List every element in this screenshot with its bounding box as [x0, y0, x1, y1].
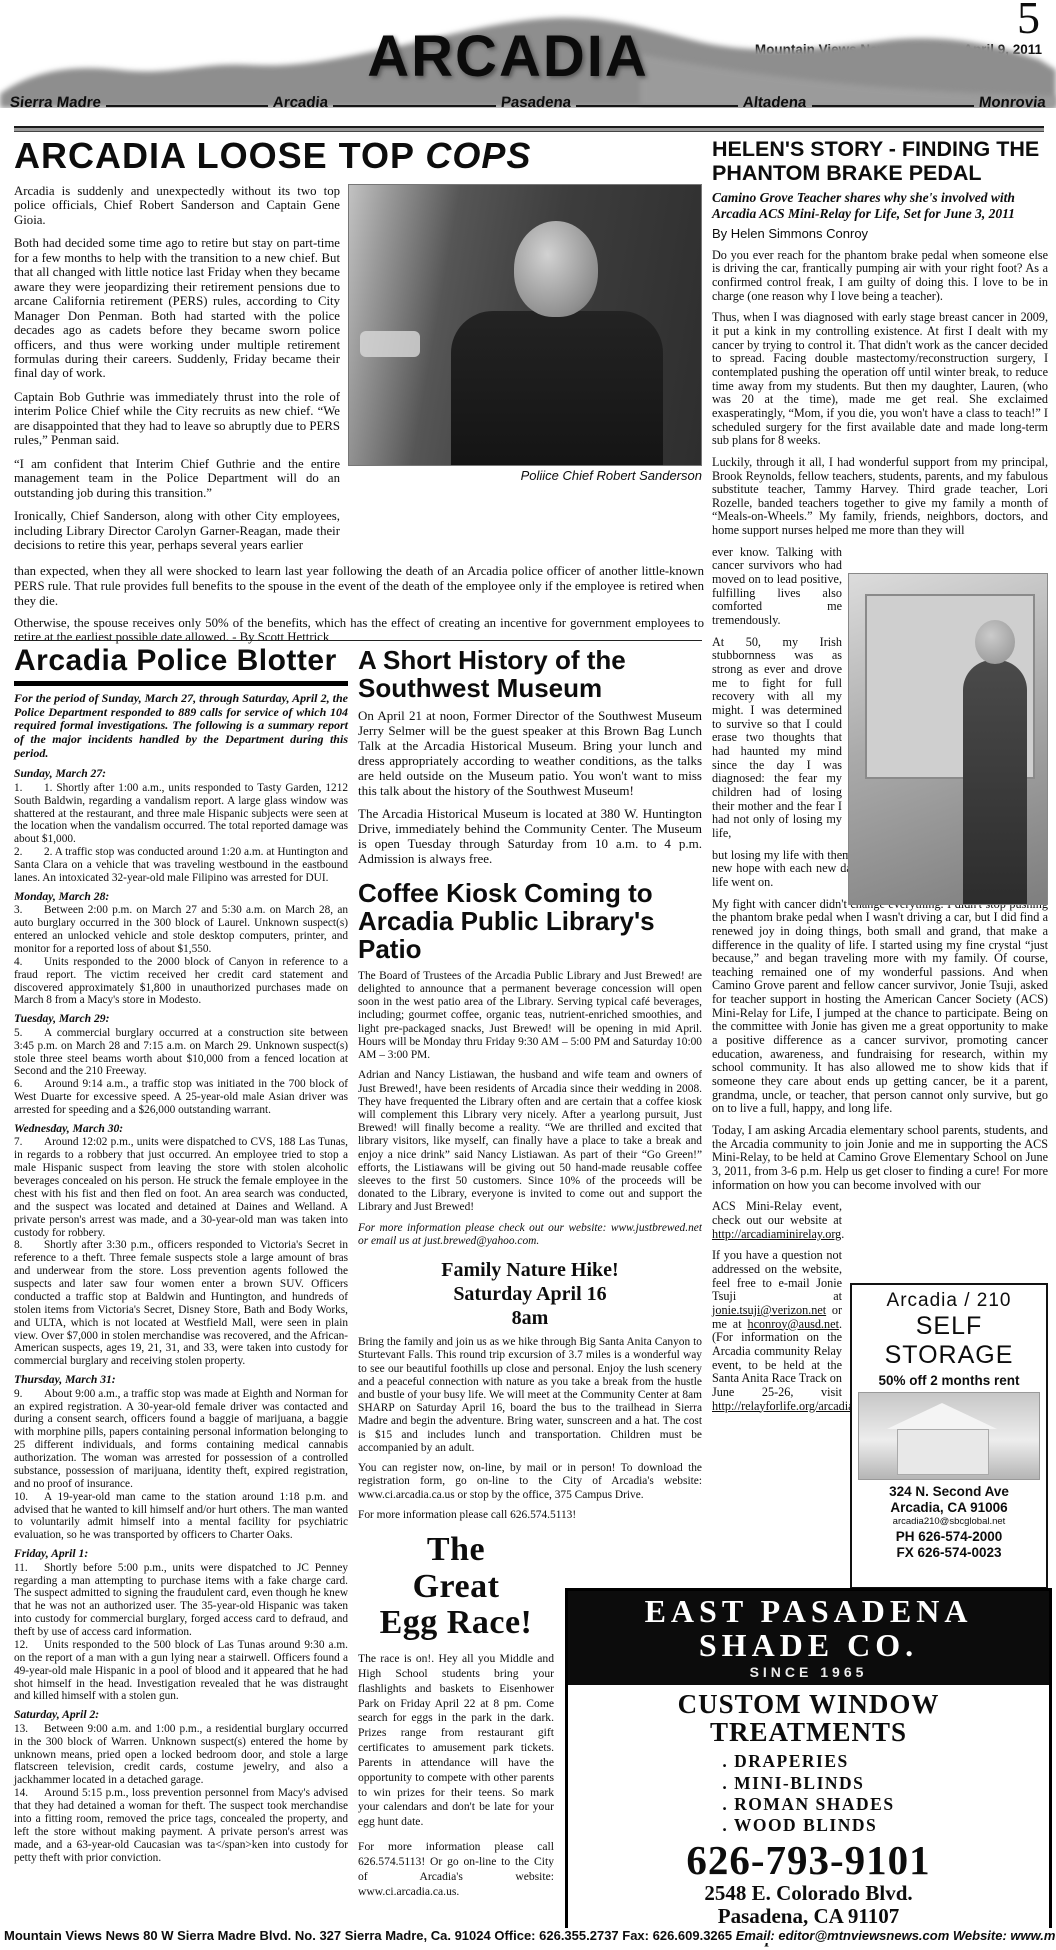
question-text: If you have a question not addressed on …	[712, 1248, 842, 1303]
paragraph: You can register now, on-line, by mail o…	[358, 1462, 702, 1502]
item-text: Units responded to the 2000 block of Can…	[14, 956, 348, 1007]
paragraph: Captain Bob Guthrie was immediately thru…	[14, 390, 340, 448]
paragraph: Arcadia is suddenly and unexpectedly wit…	[14, 184, 340, 227]
city-monrovia: Monrovia	[978, 94, 1046, 111]
divider-line	[576, 105, 739, 107]
item-text: Between 2:00 p.m. on March 27 and 5:30 a…	[14, 904, 348, 955]
patrol-car-shape	[360, 331, 420, 357]
storage-ad-offer: 50% off 2 months rent	[858, 1373, 1040, 1388]
blotter-item: 12.Units responded to the 500 block of L…	[14, 1639, 348, 1703]
coffee-kiosk-headline: Coffee Kiosk Coming to Arcadia Public Li…	[358, 879, 702, 963]
item-number: 4.	[14, 956, 44, 969]
shade-ad-address2: Pasadena, CA 91107	[572, 1905, 1045, 1928]
figure-torso-shape	[963, 660, 1027, 904]
item-text: About 9:00 a.m., a traffic stop was made…	[14, 1388, 348, 1490]
item-text: Between 9:00 a.m. and 1:00 p.m., a resid…	[14, 1723, 348, 1787]
storage-ad-title-line2: SELF STORAGE	[858, 1312, 1040, 1370]
blotter-day-header: Friday, April 1:	[14, 1547, 348, 1561]
coffee-info-note: For more information please check out ou…	[358, 1222, 702, 1248]
storage-building-photo	[858, 1392, 1040, 1480]
blotter-item: 4.Units responded to the 2000 block of C…	[14, 956, 348, 1008]
header-rule	[14, 126, 1044, 132]
item-number: 12.	[14, 1639, 44, 1652]
police-blotter: Arcadia Police Blotter For the period of…	[14, 646, 348, 1864]
blotter-item: 8.Shortly after 3:30 p.m., officers resp…	[14, 1239, 348, 1368]
paragraph: Both had decided some time ago to retire…	[14, 236, 340, 381]
shade-ad-address1: 2548 E. Colorado Blvd.	[572, 1882, 1045, 1905]
city-pasadena: Pasadena	[500, 94, 572, 111]
city-arcadia: Arcadia	[272, 94, 329, 111]
item-number: 13.	[14, 1723, 44, 1736]
paragraph: Adrian and Nancy Listiawan, the husband …	[358, 1069, 702, 1214]
item-text: Around 9:14 a.m., a traffic stop was ini…	[14, 1078, 348, 1116]
paragraph: Thus, when I was diagnosed with early st…	[712, 311, 1048, 448]
divider-line	[812, 105, 975, 107]
item-text: Around 5:15 p.m., loss prevention person…	[14, 1787, 348, 1863]
blotter-item: 9.About 9:00 a.m., a traffic stop was ma…	[14, 1388, 348, 1491]
hike-title-line: Saturday April 16	[358, 1282, 702, 1306]
paragraph: Today, I am asking Arcadia elementary sc…	[712, 1124, 1048, 1192]
shade-co-ad[interactable]: EAST PASADENA SHADE CO. SINCE 1965 CUSTO…	[565, 1588, 1052, 1940]
paragraph: Do you ever reach for the phantom brake …	[712, 249, 1048, 304]
acs-text: ACS Mini-Relay event, check out our webs…	[712, 1199, 842, 1227]
item-text: Around 12:02 p.m., units were dispatched…	[14, 1136, 348, 1238]
egg-race-article: The Great Egg Race! The race is on!. Hey…	[358, 1532, 554, 1899]
blotter-intro: For the period of Sunday, March 27, thro…	[14, 692, 348, 760]
item-number: 3.	[14, 904, 44, 917]
shade-ad-product-list: DRAPERIES MINI-BLINDS ROMAN SHADES WOOD …	[722, 1751, 894, 1836]
item-text: 1. Shortly after 1:00 a.m., units respon…	[14, 782, 348, 846]
blotter-item: 11.Shortly before 5:00 p.m., units were …	[14, 1562, 348, 1639]
relayforlife-link[interactable]: http://relayforlife.org/arcadiaca	[712, 1399, 864, 1413]
photo-caption: Poliice Chief Robert Sanderson	[348, 468, 702, 483]
article-loose-top-cops: ARCADIA LOOSE TOP COPS Arcadia is sudden…	[14, 138, 704, 652]
blotter-day-header: Sunday, March 27:	[14, 767, 348, 781]
egg-title-line: The	[358, 1532, 554, 1569]
paragraph: Luckily, through it all, I had wonderful…	[712, 456, 1048, 538]
paragraph: “I am confident that Interim Chief Guthr…	[14, 457, 340, 500]
photo-column: Poliice Chief Robert Sanderson	[348, 184, 702, 561]
item-text: Shortly after 3:30 p.m., officers respon…	[14, 1239, 348, 1367]
paragraph: The Board of Trustees of the Arcadia Pub…	[358, 970, 702, 1063]
item-number: 2.	[14, 846, 44, 859]
paragraph: than expected, when they all were shocke…	[14, 564, 704, 608]
storage-ad-phone: PH 626-574-2000	[858, 1529, 1040, 1545]
helen-subhead: Camino Grove Teacher shares why she's in…	[712, 190, 1048, 222]
storage-ad-address2: Arcadia, CA 91006	[858, 1500, 1040, 1516]
item-number: 14.	[14, 1787, 44, 1800]
item-number: 7.	[14, 1136, 44, 1149]
blotter-item: 10.A 19-year-old man came to the station…	[14, 1491, 348, 1543]
section-masthead: ARCADIA	[0, 28, 1016, 86]
shade-ad-name-line2: SHADE CO.	[568, 1629, 1049, 1663]
article-body: Arcadia is suddenly and unexpectedly wit…	[14, 184, 340, 561]
article-headline: ARCADIA LOOSE TOP COPS	[14, 138, 704, 174]
blotter-item: 2.2. A traffic stop was conducted around…	[14, 846, 348, 885]
page-footer: Mountain Views News 80 W Sierra Madre Bl…	[0, 1928, 1056, 1943]
blotter-day-header: Tuesday, March 29:	[14, 1012, 348, 1026]
item-number: 9.	[14, 1388, 44, 1401]
hike-info-line: For more information please call 626.574…	[358, 1509, 702, 1522]
shade-ad-phone: 626-793-9101	[572, 1840, 1045, 1882]
blotter-day-header: Saturday, April 2:	[14, 1708, 348, 1722]
museum-headline: A Short History of the Southwest Museum	[358, 646, 702, 702]
blotter-day-header: Thursday, March 31:	[14, 1373, 348, 1387]
footer-address: Mountain Views News 80 W Sierra Madre Bl…	[4, 1928, 736, 1943]
item-text: A 19-year-old man came to the station ar…	[14, 1491, 348, 1542]
egg-title-line: Egg Race!	[358, 1605, 554, 1642]
paragraph: My fight with cancer didn't change every…	[712, 898, 1048, 1117]
paragraph: Ironically, Chief Sanderson, along with …	[14, 509, 340, 552]
item-number: 6.	[14, 1078, 44, 1091]
blotter-item: 13.Between 9:00 a.m. and 1:00 p.m., a re…	[14, 1723, 348, 1787]
blotter-item: 5.A commercial burglary occurred at a co…	[14, 1027, 348, 1079]
paragraph: The race is on!. Hey all you Middle and …	[358, 1652, 554, 1830]
paragraph: At 50, my Irish stubbornness was as stro…	[712, 636, 842, 841]
section-divider-rule	[14, 640, 702, 641]
helen-headline: HELEN'S STORY - FINDING THE PHANTOM BRAK…	[712, 138, 1048, 185]
nature-hike-headline: Family Nature Hike! Saturday April 16 8a…	[358, 1258, 702, 1330]
blotter-day-header: Monday, March 28:	[14, 890, 348, 904]
cities-strip: Sierra Madre Arcadia Pasadena Altadena M…	[10, 94, 1046, 111]
headline-main: ARCADIA LOOSE TOP	[14, 135, 425, 176]
blotter-headline: Arcadia Police Blotter	[14, 646, 348, 686]
blotter-day-header: Wednesday, March 30:	[14, 1122, 348, 1136]
helen-conroy-photo	[848, 573, 1048, 905]
city-altadena: Altadena	[743, 94, 808, 111]
self-storage-ad[interactable]: Arcadia / 210 SELF STORAGE 50% off 2 mon…	[850, 1283, 1048, 1589]
item-text: Shortly before 5:00 p.m., units were dis…	[14, 1562, 348, 1638]
building-wall-shape	[897, 1429, 989, 1475]
item-text: A commercial burglary occurred at a cons…	[14, 1027, 348, 1078]
item-number: 11.	[14, 1562, 44, 1575]
jonie-email-link[interactable]: jonie.tsuji@verizon.net	[712, 1303, 826, 1317]
shade-ad-since: SINCE 1965	[568, 1663, 1049, 1682]
paragraph: Bring the family and join us as we hike …	[358, 1336, 702, 1455]
storage-ad-fax: FX 626-574-0023	[858, 1545, 1040, 1561]
article-continuation: than expected, when they all were shocke…	[14, 564, 704, 645]
blotter-item: 7.Around 12:02 p.m., units were dispatch…	[14, 1136, 348, 1239]
storage-ad-title-line1: Arcadia / 210	[858, 1290, 1040, 1312]
shade-ad-body: CUSTOM WINDOW TREATMENTS DRAPERIES MINI-…	[568, 1685, 1049, 1950]
figure-head-shape	[514, 221, 598, 317]
police-chief-photo	[348, 184, 702, 466]
item-number: 5.	[14, 1027, 44, 1040]
product-item: WOOD BLINDS	[722, 1815, 894, 1836]
item-text: 2. A traffic stop was conducted around 1…	[14, 846, 348, 884]
item-number: 10.	[14, 1491, 44, 1504]
blotter-item: 1.1. Shortly after 1:00 a.m., units resp…	[14, 782, 348, 846]
product-item: ROMAN SHADES	[722, 1794, 894, 1815]
acs-website-note: ACS Mini-Relay event, check out our webs…	[712, 1200, 842, 1241]
egg-title-line: Great	[358, 1569, 554, 1606]
shade-ad-heading-line2: TREATMENTS	[572, 1718, 1045, 1746]
item-number: 1.	[14, 782, 44, 795]
item-text: Units responded to the 500 block of Las …	[14, 1639, 348, 1703]
headline-italic: COPS	[425, 135, 531, 176]
article-byline: - By Scott Hettrick	[232, 630, 329, 644]
shade-ad-name-line1: EAST PASADENA	[568, 1595, 1049, 1629]
shade-ad-heading-line1: CUSTOM WINDOW	[572, 1690, 1045, 1718]
city-sierra-madre: Sierra Madre	[9, 94, 102, 111]
shade-ad-header: EAST PASADENA SHADE CO. SINCE 1965	[568, 1591, 1049, 1685]
hconroy-email-link[interactable]: hconroy@ausd.net	[748, 1317, 839, 1331]
product-item: MINI-BLINDS	[722, 1773, 894, 1794]
footer-contact: Email: editor@mtnviewsnews.com Website: …	[736, 1928, 1056, 1943]
item-number: 8.	[14, 1239, 44, 1252]
blotter-item: 3.Between 2:00 p.m. on March 27 and 5:30…	[14, 904, 348, 956]
hike-title-line: 8am	[358, 1306, 702, 1330]
paragraph: The Arcadia Historical Museum is located…	[358, 807, 702, 867]
helen-story-article: HELEN'S STORY - FINDING THE PHANTOM BRAK…	[712, 138, 1048, 1421]
product-item: DRAPERIES	[722, 1751, 894, 1772]
egg-race-headline: The Great Egg Race!	[358, 1532, 554, 1642]
blotter-item: 6.Around 9:14 a.m., a traffic stop was i…	[14, 1078, 348, 1117]
storage-ad-email[interactable]: arcadia210@sbcglobal.net	[858, 1516, 1040, 1528]
paragraph: For more information please call 626.574…	[358, 1840, 554, 1899]
hike-title-line: Family Nature Hike!	[358, 1258, 702, 1282]
blotter-item: 14.Around 5:15 p.m., loss prevention per…	[14, 1787, 348, 1864]
divider-line	[333, 105, 496, 107]
figure-torso-shape	[451, 311, 663, 466]
helen-byline: By Helen Simmons Conroy	[712, 226, 1048, 241]
divider-line	[106, 105, 269, 107]
acs-end: .	[841, 1227, 844, 1241]
building-roof-shape	[887, 1403, 997, 1429]
question-note: If you have a question not addressed on …	[712, 1249, 842, 1413]
minirelay-link[interactable]: http://arcadiaminirelay.org	[712, 1227, 841, 1241]
paragraph: On April 21 at noon, Former Director of …	[358, 709, 702, 799]
paragraph: ever know. Talking with cancer survivors…	[712, 546, 842, 628]
storage-ad-address1: 324 N. Second Ave	[858, 1484, 1040, 1500]
